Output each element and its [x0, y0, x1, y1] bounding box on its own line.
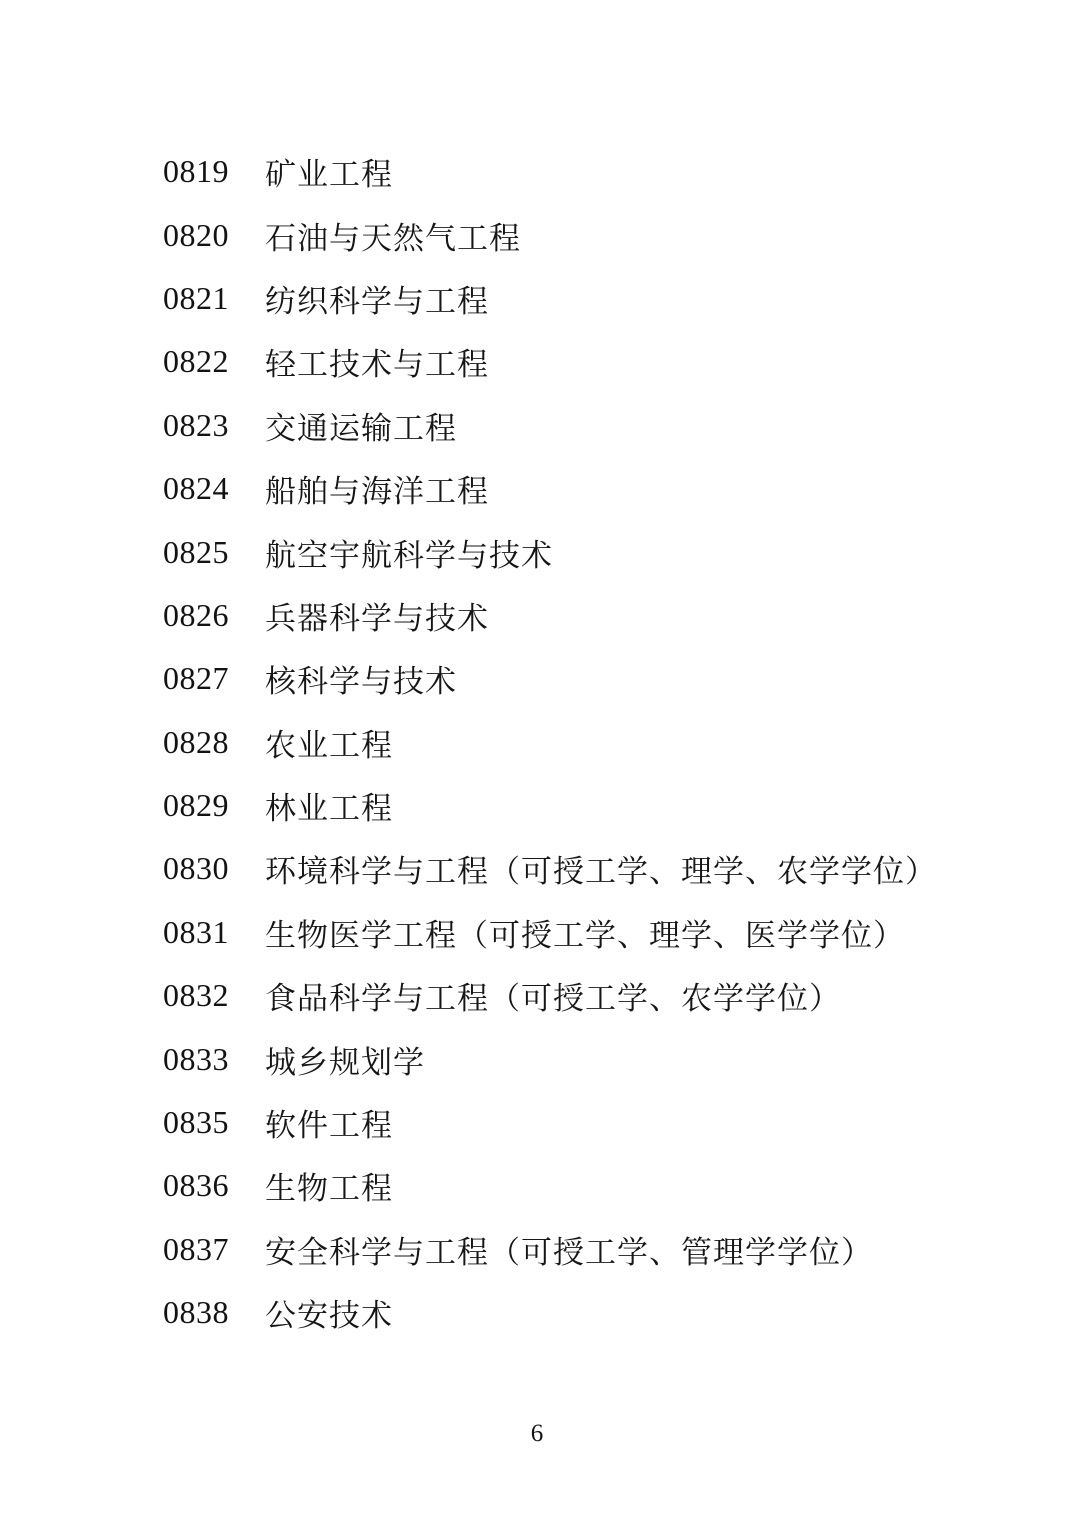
list-item: 0826 兵器科学与技术 — [163, 584, 1020, 647]
discipline-code: 0830 — [163, 850, 265, 887]
discipline-name: 矿业工程 — [265, 149, 393, 194]
discipline-name: 轻工技术与工程 — [265, 339, 489, 384]
discipline-name: 环境科学与工程（可授工学、理学、农学学位） — [265, 846, 937, 891]
discipline-code: 0832 — [163, 977, 265, 1014]
list-item: 0830 环境科学与工程（可授工学、理学、农学学位） — [163, 837, 1020, 900]
discipline-name: 纺织科学与工程 — [265, 276, 489, 321]
discipline-name: 林业工程 — [265, 783, 393, 828]
list-item: 0833 城乡规划学 — [163, 1027, 1020, 1090]
discipline-name: 石油与天然气工程 — [265, 213, 521, 258]
discipline-name: 公安技术 — [265, 1290, 393, 1335]
discipline-code: 0833 — [163, 1041, 265, 1078]
list-item: 0838 公安技术 — [163, 1281, 1020, 1344]
discipline-name: 软件工程 — [265, 1100, 393, 1145]
discipline-code: 0837 — [163, 1231, 265, 1268]
page-number: 6 — [0, 1420, 1074, 1448]
discipline-name: 兵器科学与技术 — [265, 593, 489, 638]
list-item: 0837 安全科学与工程（可授工学、管理学学位） — [163, 1218, 1020, 1281]
discipline-name: 城乡规划学 — [265, 1037, 425, 1082]
list-item: 0829 林业工程 — [163, 774, 1020, 837]
list-item: 0832 食品科学与工程（可授工学、农学学位） — [163, 964, 1020, 1027]
discipline-name: 农业工程 — [265, 720, 393, 765]
discipline-code: 0838 — [163, 1294, 265, 1331]
discipline-code: 0829 — [163, 787, 265, 824]
discipline-code: 0822 — [163, 343, 265, 380]
list-item: 0825 航空宇航科学与技术 — [163, 520, 1020, 583]
discipline-code: 0835 — [163, 1104, 265, 1141]
list-item: 0822 轻工技术与工程 — [163, 330, 1020, 393]
discipline-code: 0821 — [163, 280, 265, 317]
discipline-name: 船舶与海洋工程 — [265, 466, 489, 511]
list-item: 0820 石油与天然气工程 — [163, 203, 1020, 266]
discipline-name: 安全科学与工程（可授工学、管理学学位） — [265, 1227, 873, 1272]
discipline-code-list: 0819 矿业工程 0820 石油与天然气工程 0821 纺织科学与工程 082… — [163, 140, 1020, 1344]
discipline-code: 0826 — [163, 597, 265, 634]
discipline-code: 0836 — [163, 1167, 265, 1204]
list-item: 0819 矿业工程 — [163, 140, 1020, 203]
list-item: 0835 软件工程 — [163, 1091, 1020, 1154]
list-item: 0823 交通运输工程 — [163, 394, 1020, 457]
discipline-name: 生物医学工程（可授工学、理学、医学学位） — [265, 910, 905, 955]
list-item: 0821 纺织科学与工程 — [163, 267, 1020, 330]
discipline-code: 0827 — [163, 660, 265, 697]
list-item: 0836 生物工程 — [163, 1154, 1020, 1217]
discipline-name: 食品科学与工程（可授工学、农学学位） — [265, 973, 841, 1018]
list-item: 0824 船舶与海洋工程 — [163, 457, 1020, 520]
discipline-code: 0819 — [163, 153, 265, 190]
discipline-code: 0825 — [163, 534, 265, 571]
discipline-name: 交通运输工程 — [265, 403, 457, 448]
document-page: 0819 矿业工程 0820 石油与天然气工程 0821 纺织科学与工程 082… — [0, 0, 1080, 1527]
discipline-code: 0820 — [163, 217, 265, 254]
discipline-code: 0823 — [163, 407, 265, 444]
discipline-name: 航空宇航科学与技术 — [265, 530, 553, 575]
discipline-code: 0828 — [163, 724, 265, 761]
list-item: 0827 核科学与技术 — [163, 647, 1020, 710]
list-item: 0831 生物医学工程（可授工学、理学、医学学位） — [163, 901, 1020, 964]
discipline-name: 核科学与技术 — [265, 656, 457, 701]
list-item: 0828 农业工程 — [163, 711, 1020, 774]
discipline-code: 0824 — [163, 470, 265, 507]
discipline-code: 0831 — [163, 914, 265, 951]
discipline-name: 生物工程 — [265, 1163, 393, 1208]
